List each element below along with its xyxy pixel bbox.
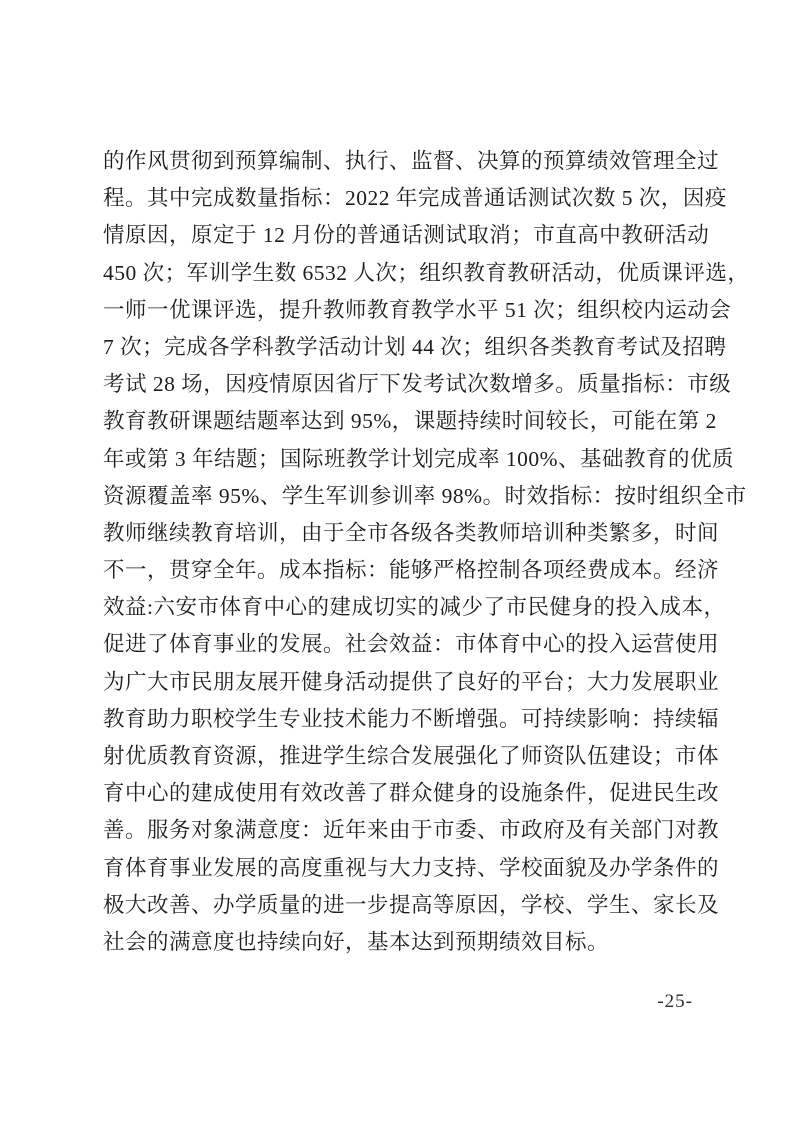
- text-line: 不一，贯穿全年。成本指标：能够严格控制各项经费成本。经济: [103, 552, 691, 589]
- text-line: 育中心的建成使用有效改善了群众健身的设施条件，促进民生改: [103, 775, 691, 812]
- document-page: 的作风贯彻到预算编制、执行、监督、决算的预算绩效管理全过 程。其中完成数量指标：…: [0, 0, 793, 1122]
- text-line: 资源覆盖率 95%、学生军训参训率 98%。时效指标：按时组织全市: [103, 478, 691, 515]
- text-line: 的作风贯彻到预算编制、执行、监督、决算的预算绩效管理全过: [103, 143, 691, 180]
- text-line: 情原因，原定于 12 月份的普通话测试取消；市直高中教研活动: [103, 217, 691, 254]
- text-line: 社会的满意度也持续向好，基本达到预期绩效目标。: [103, 924, 691, 961]
- text-line: 教育助力职校学生专业技术能力不断增强。可持续影响：持续辐: [103, 701, 691, 738]
- text-line: 善。服务对象满意度：近年来由于市委、市政府及有关部门对教: [103, 812, 691, 849]
- text-line: 射优质教育资源，推进学生综合发展强化了师资队伍建设；市体: [103, 738, 691, 775]
- text-line: 一师一优课评选，提升教师教育教学水平 51 次；组织校内运动会: [103, 292, 691, 329]
- page-number: -25-: [657, 990, 693, 1014]
- text-line: 教师继续教育培训，由于全市各级各类教师培训种类繁多，时间: [103, 515, 691, 552]
- text-line: 教育教研课题结题率达到 95%，课题持续时间较长，可能在第 2: [103, 403, 691, 440]
- text-line: 450 次；军训学生数 6532 人次；组织教育教研活动，优质课评选，: [103, 255, 691, 292]
- text-line: 为广大市民朋友展开健身活动提供了良好的平台；大力发展职业: [103, 664, 691, 701]
- text-line: 考试 28 场，因疫情原因省厅下发考试次数增多。质量指标：市级: [103, 366, 691, 403]
- text-line: 效益:六安市体育中心的建成切实的减少了市民健身的投入成本，: [103, 589, 691, 626]
- text-line: 程。其中完成数量指标：2022 年完成普通话测试次数 5 次，因疫: [103, 180, 691, 217]
- document-body: 的作风贯彻到预算编制、执行、监督、决算的预算绩效管理全过 程。其中完成数量指标：…: [103, 143, 691, 961]
- text-line: 促进了体育事业的发展。社会效益：市体育中心的投入运营使用: [103, 626, 691, 663]
- text-line: 年或第 3 年结题；国际班教学计划完成率 100%、基础教育的优质: [103, 441, 691, 478]
- text-line: 极大改善、办学质量的进一步提高等原因，学校、学生、家长及: [103, 887, 691, 924]
- text-line: 育体育事业发展的高度重视与大力支持、学校面貌及办学条件的: [103, 850, 691, 887]
- text-line: 7 次；完成各学科教学活动计划 44 次；组织各类教育考试及招聘: [103, 329, 691, 366]
